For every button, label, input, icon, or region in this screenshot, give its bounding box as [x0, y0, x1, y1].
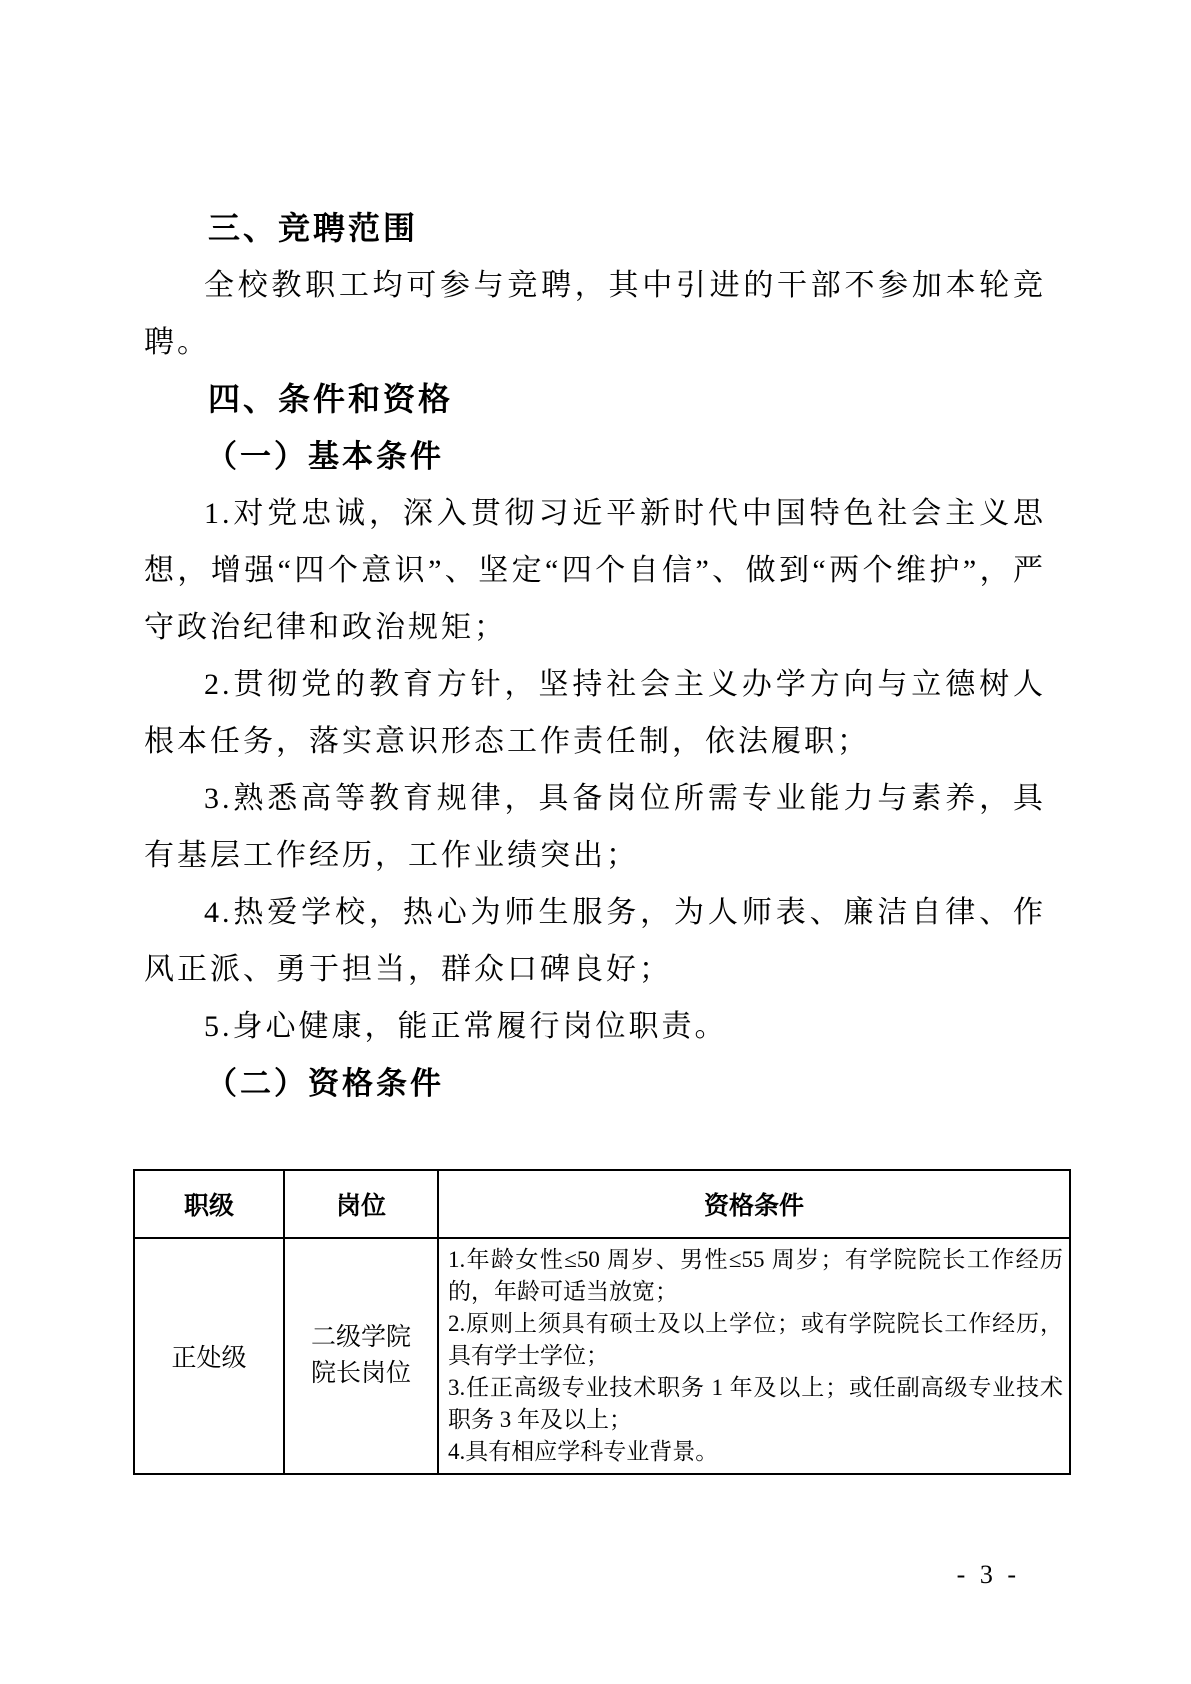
basic-condition-item-1: 1.对党忠诚，深入贯彻习近平新时代中国特色社会主义思想，增强“四个意识”、坚定“… [144, 485, 1046, 656]
requirement-line-3: 3.任正高级专业技术职务 1 年及以上；或任副高级专业技术职务 3 年及以上； [448, 1372, 1063, 1436]
table-header-rank: 职级 [134, 1170, 284, 1238]
page-number: - 3 - [957, 1560, 1020, 1590]
requirements-cell: 1.年龄女性≤50 周岁、男性≤55 周岁；有学院院长工作经历的，年龄可适当放宽… [438, 1238, 1070, 1474]
table-header-row: 职级 岗位 资格条件 [134, 1170, 1070, 1238]
basic-condition-item-2: 2.贯彻党的教育方针，坚持社会主义办学方向与立德树人根本任务，落实意识形态工作责… [144, 656, 1046, 770]
section4-heading: 四、条件和资格 [144, 371, 1046, 428]
requirement-line-4: 4.具有相应学科专业背景。 [448, 1436, 1063, 1468]
table-row: 正处级 二级学院院长岗位 1.年龄女性≤50 周岁、男性≤55 周岁；有学院院长… [134, 1238, 1070, 1474]
rank-cell: 正处级 [134, 1238, 284, 1474]
basic-conditions-heading: （一）基本条件 [144, 428, 1046, 485]
basic-condition-item-4: 4.热爱学校，热心为师生服务，为人师表、廉洁自律、作风正派、勇于担当，群众口碑良… [144, 884, 1046, 998]
basic-condition-item-5: 5.身心健康，能正常履行岗位职责。 [144, 998, 1046, 1055]
requirement-line-2: 2.原则上须具有硕士及以上学位；或有学院院长工作经历，具有学士学位； [448, 1308, 1063, 1372]
requirement-line-1: 1.年龄女性≤50 周岁、男性≤55 周岁；有学院院长工作经历的，年龄可适当放宽… [448, 1244, 1063, 1308]
table-header-requirements: 资格条件 [438, 1170, 1070, 1238]
qualification-heading: （二）资格条件 [144, 1055, 1046, 1112]
basic-condition-item-3: 3.熟悉高等教育规律，具备岗位所需专业能力与素养，具有基层工作经历，工作业绩突出… [144, 770, 1046, 884]
post-cell-text: 二级学院院长岗位 [306, 1320, 416, 1392]
document-body: 三、竞聘范围 全校教职工均可参与竞聘，其中引进的干部不参加本轮竞聘。 四、条件和… [144, 200, 1046, 1112]
table-header-post: 岗位 [284, 1170, 438, 1238]
qualification-table: 职级 岗位 资格条件 正处级 二级学院院长岗位 1.年龄女性≤50 周岁、男性≤… [133, 1169, 1071, 1475]
post-cell: 二级学院院长岗位 [284, 1238, 438, 1474]
section3-heading: 三、竞聘范围 [144, 200, 1046, 257]
document-page: 三、竞聘范围 全校教职工均可参与竞聘，其中引进的干部不参加本轮竞聘。 四、条件和… [0, 0, 1191, 1684]
section3-paragraph: 全校教职工均可参与竞聘，其中引进的干部不参加本轮竞聘。 [144, 257, 1046, 371]
